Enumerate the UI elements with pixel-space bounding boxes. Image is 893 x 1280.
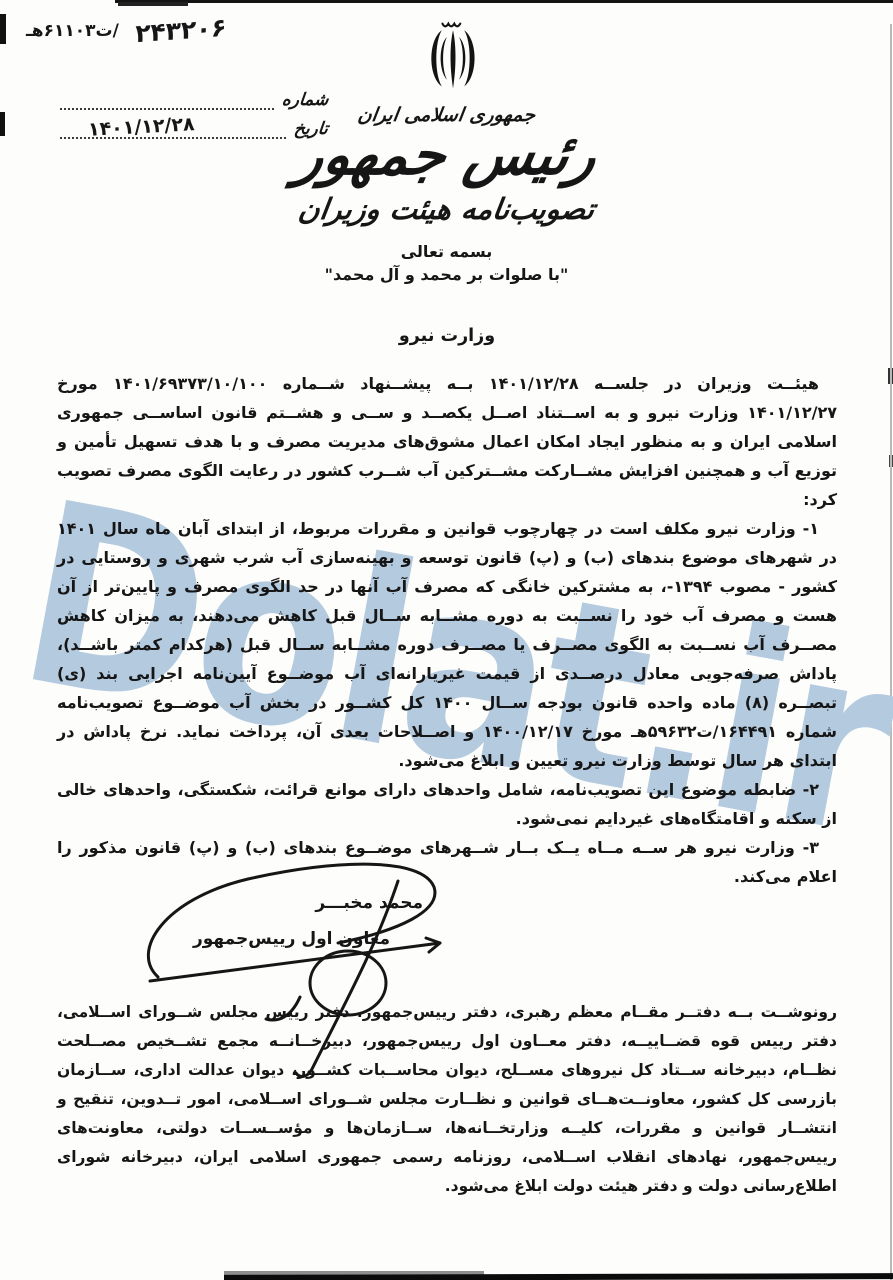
letterhead: جمهوری اسلامی ایران رئیس جمهور تصویب‌نام… bbox=[0, 14, 893, 284]
salutation: "با صلوات بر محمد و آل محمد" bbox=[0, 265, 893, 284]
intro-paragraph: هیئــت وزیران در جلســه ۱۴۰۱/۱۲/۲۸ بــه … bbox=[57, 369, 837, 514]
scan-blob-top bbox=[118, 2, 188, 6]
scan-edge-bottom bbox=[224, 1273, 893, 1280]
signature-scrawl-icon bbox=[100, 855, 460, 1094]
bismillah: بسمه تعالی bbox=[0, 242, 893, 261]
addressee: وزارت نیرو bbox=[57, 326, 837, 346]
iran-emblem-icon bbox=[420, 14, 486, 102]
decree-item-1: ۱- وزارت نیرو مکلف است در چهارچوب قوانین… bbox=[57, 514, 837, 775]
scan-edge-top bbox=[115, 0, 893, 3]
scanned-decree-page: Dolat.ir ۲۴۳۲۰۶ /ت۶۱۱۰۳هـ شماره تاریخ ۱۴… bbox=[0, 0, 893, 1280]
decree-body: وزارت نیرو هیئــت وزیران در جلســه ۱۴۰۱/… bbox=[57, 326, 837, 891]
document-type: تصویب‌نامه هیئت وزیران bbox=[0, 192, 893, 226]
office-title: رئیس جمهور bbox=[0, 128, 893, 184]
decree-item-2: ۲- ضابطه موضوع این تصویب‌نامه، شامل واحد… bbox=[57, 775, 837, 833]
